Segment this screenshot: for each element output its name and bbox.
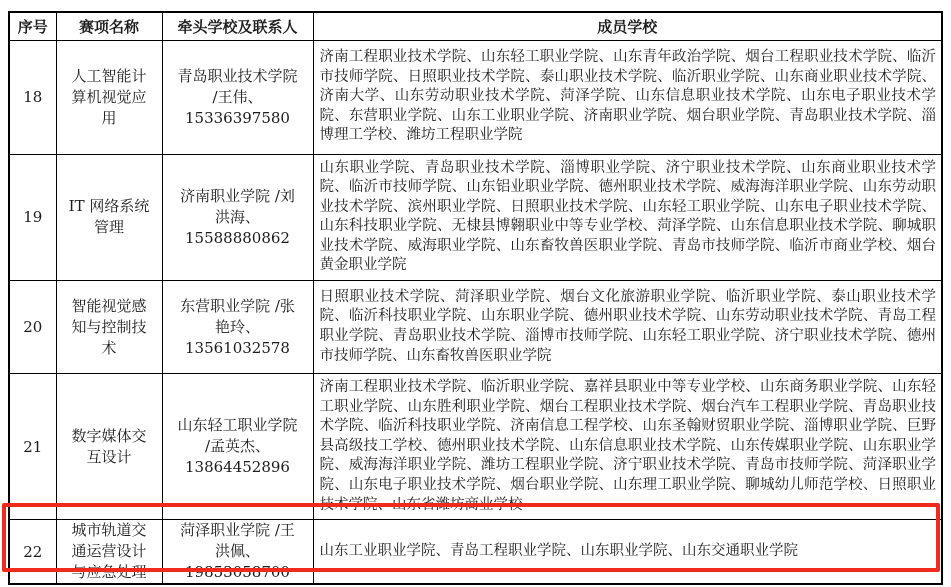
serial-cell: 20 — [9, 281, 56, 374]
event-name-cell: 智能视觉感 知与控制技 术 — [56, 281, 162, 374]
lead-school-cell: 青岛职业技术学院 /王伟、 15336397580 — [162, 40, 313, 154]
serial-cell: 21 — [9, 374, 56, 520]
table-header-row: 序号 赛项名称 牵头学校及联系人 成员学校 — [9, 12, 942, 40]
table-row: 21 数字媒体交 互设计 山东轻工职业学院 /孟英杰、 13864452896 … — [9, 374, 942, 520]
event-name-cell: 人工智能计 算机视觉应 用 — [56, 40, 162, 154]
member-schools-cell: 济南工程职业技术学院、山东轻工职业学院、山东青年政治学院、烟台工程职业技术学院、… — [313, 40, 942, 154]
page: 序号 赛项名称 牵头学校及联系人 成员学校 18 人工智能计 算机视觉应 用 青… — [0, 0, 951, 587]
member-schools-cell: 山东职业学院、青岛职业技术学院、淄博职业学院、济宁职业技术学院、山东商业职业技术… — [313, 154, 942, 281]
serial-cell: 22 — [9, 520, 56, 585]
serial-cell: 19 — [9, 154, 56, 281]
table-row: 18 人工智能计 算机视觉应 用 青岛职业技术学院 /王伟、 153363975… — [9, 40, 942, 154]
event-name-cell: 城市轨道交 通运营设计 与应急处理 — [56, 520, 162, 585]
event-name-cell: 数字媒体交 互设计 — [56, 374, 162, 520]
member-schools-cell: 山东工业职业学院、青岛工程职业学院、山东职业学院、山东交通职业学院 — [313, 520, 942, 585]
serial-cell: 18 — [9, 40, 56, 154]
column-header-serial: 序号 — [9, 12, 56, 40]
table-row: 20 智能视觉感 知与控制技 术 东营职业学院 /张 艳玲、1356103257… — [9, 281, 942, 374]
member-schools-cell: 日照职业技术学院、菏泽职业学院、烟台文化旅游职业学院、临沂职业学院、泰山职业技术… — [313, 281, 942, 374]
table-row: 19 IT 网络系统 管理 济南职业学院 /刘 洪海、15588880862 山… — [9, 154, 942, 281]
lead-school-cell: 济南职业学院 /刘 洪海、15588880862 — [162, 154, 313, 281]
column-header-event-name: 赛项名称 — [56, 12, 162, 40]
column-header-member-schools: 成员学校 — [313, 12, 942, 40]
lead-school-cell: 菏泽职业学院 /王 洪佩、19853058700 — [162, 520, 313, 585]
lead-school-cell: 山东轻工职业学院 /孟英杰、 13864452896 — [162, 374, 313, 520]
table-row-highlighted: 22 城市轨道交 通运营设计 与应急处理 菏泽职业学院 /王 洪佩、198530… — [9, 520, 942, 585]
member-schools-cell: 济南工程职业技术学院、临沂职业学院、嘉祥县职业中等专业学校、山东商务职业学院、山… — [313, 374, 942, 520]
competition-events-table: 序号 赛项名称 牵头学校及联系人 成员学校 18 人工智能计 算机视觉应 用 青… — [8, 11, 943, 585]
column-header-lead-school: 牵头学校及联系人 — [162, 12, 313, 40]
lead-school-cell: 东营职业学院 /张 艳玲、13561032578 — [162, 281, 313, 374]
event-name-cell: IT 网络系统 管理 — [56, 154, 162, 281]
